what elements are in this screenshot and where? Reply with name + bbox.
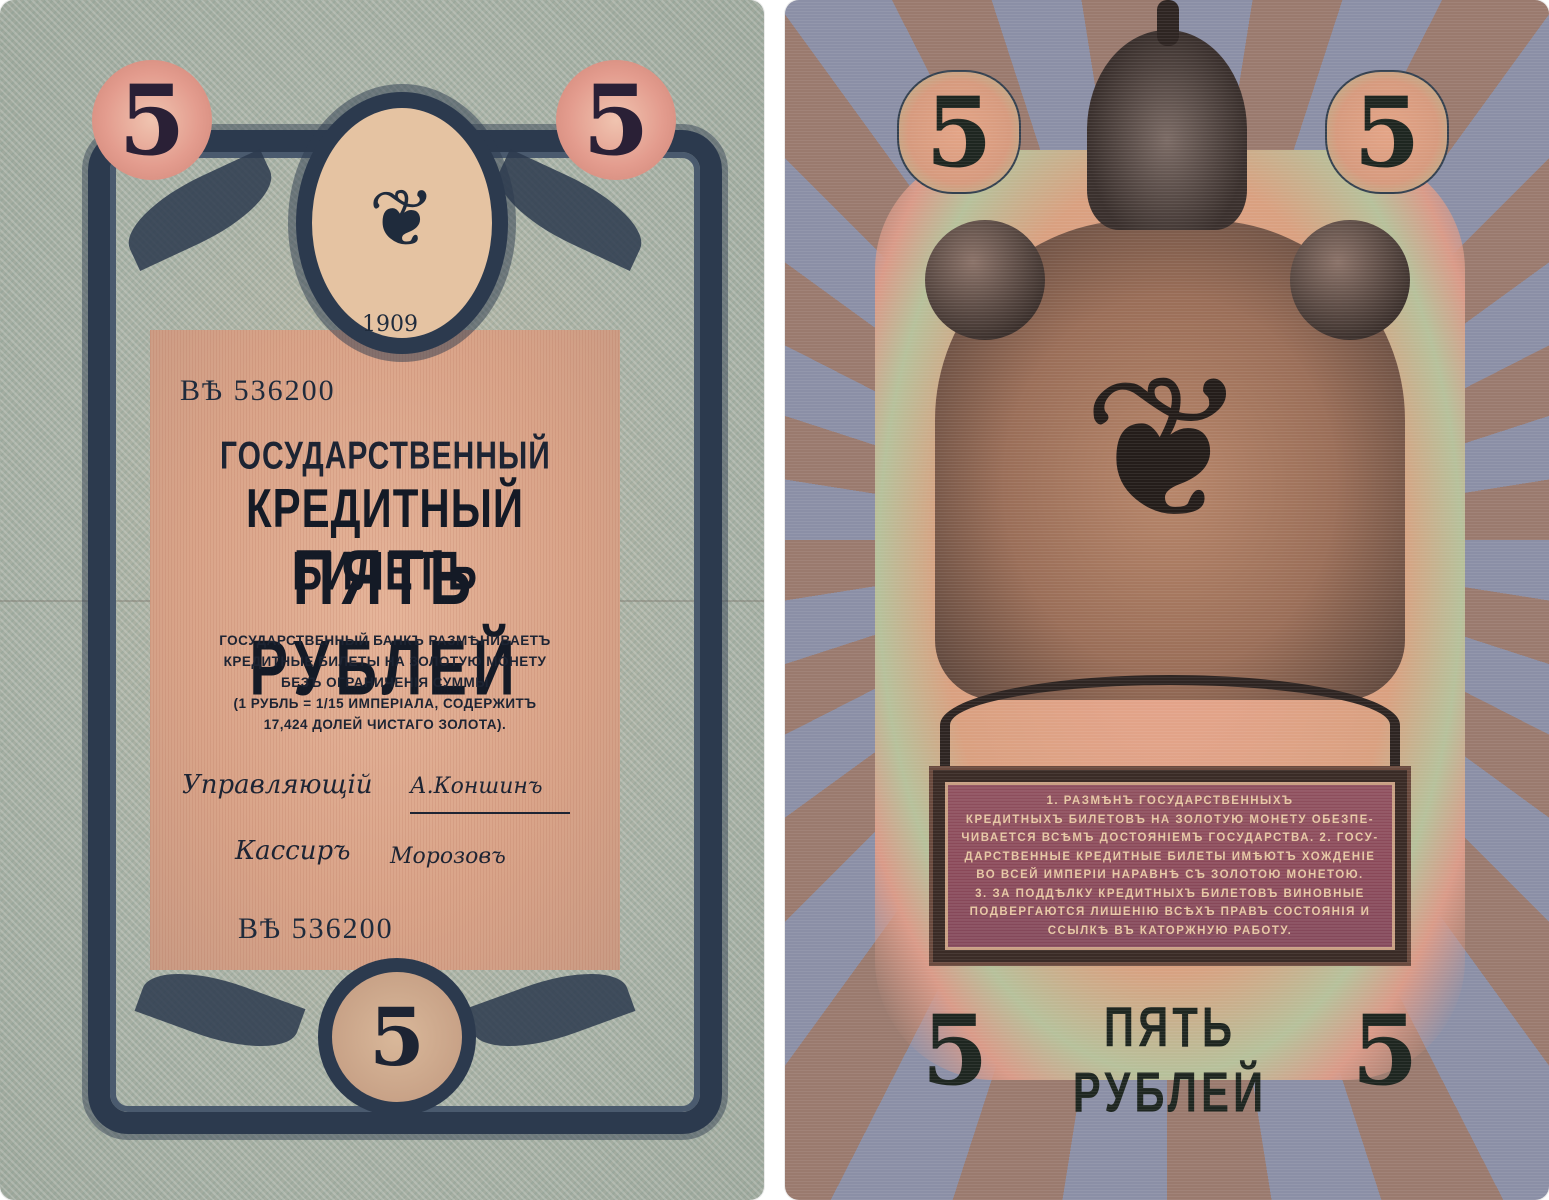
legal-line: 3. ЗА ПОДДѢЛКУ КРЕДИТНЫХЪ БИЛЕТОВЪ ВИНОВ… xyxy=(957,885,1383,904)
double-headed-eagle-icon: ❦ xyxy=(1015,320,1315,580)
terms-line: (1 РУБЛЬ = 1/15 ИМПЕРІАЛА, СОДЕРЖИТЪ xyxy=(195,693,575,714)
signature-line xyxy=(410,812,570,814)
legal-line: ВО ВСЕЙ ИМПЕРІИ НАРАВНѢ СЪ ЗОЛОТОЮ МОНЕТ… xyxy=(957,866,1383,885)
terms-line: ГОСУДАРСТВЕННЫЙ БАНКЪ РАЗМѢНИВАЕТЪ xyxy=(195,630,575,651)
legal-line: 1. РАЗМѢНЪ ГОСУДАРСТВЕННЫХЪ xyxy=(957,792,1383,811)
title-state: ГОСУДАРСТВЕННЫЙ xyxy=(220,435,550,479)
denomination-text: ПЯТЬ РУБЛЕЙ xyxy=(1005,995,1335,1125)
ornamental-scroll xyxy=(940,675,1400,775)
banknote-back: 5 5 ❦ 1. РАЗМѢНЪ ГОСУДАРСТВЕННЫХЪ КРЕДИТ… xyxy=(785,0,1549,1200)
legal-text: 1. РАЗМѢНЪ ГОСУДАРСТВЕННЫХЪ КРЕДИТНЫХЪ Б… xyxy=(957,792,1383,940)
terms-line: КРЕДИТНЫЕ БИЛЕТЫ НА ЗОЛОТУЮ МОНЕТУ xyxy=(195,651,575,672)
corner-denomination: 5 xyxy=(92,60,212,180)
serial-number-bottom: ВѢ 536200 xyxy=(238,912,394,946)
cashier-signature: Морозовъ xyxy=(390,844,506,869)
cashier-label: Кассиръ xyxy=(235,836,350,866)
banknote-front: 5 5 ❦ 1909 ВѢ 536200 ГОСУДАРСТВЕННЫЙ КРЕ… xyxy=(0,0,764,1200)
manager-signature: А.Коншинъ xyxy=(410,774,543,799)
terms-line: 17,424 ДОЛЕЙ ЧИСТАГО ЗОЛОТА). xyxy=(195,714,575,735)
serial-number-top: ВѢ 536200 xyxy=(180,374,336,408)
imperial-crown-icon xyxy=(1087,30,1247,230)
legal-line: ДАРСТВЕННЫЕ КРЕДИТНЫЕ БИЛЕТЫ ИМѢЮТЪ ХОЖД… xyxy=(957,848,1383,867)
bottom-denomination: 5 xyxy=(1325,990,1445,1110)
legal-line: ПОДВЕРГАЮТСЯ ЛИШЕНІЮ ВСѢХЪ ПРАВЪ СОСТОЯН… xyxy=(957,903,1383,922)
corner-denomination: 5 xyxy=(1325,70,1449,194)
manager-label: Управляющій xyxy=(182,770,373,800)
corner-denomination: 5 xyxy=(897,70,1021,194)
bottom-denomination: 5 xyxy=(318,958,476,1116)
corner-denomination: 5 xyxy=(556,60,676,180)
legal-text-cartouche: 1. РАЗМѢНЪ ГОСУДАРСТВЕННЫХЪ КРЕДИТНЫХЪ Б… xyxy=(933,770,1407,962)
crown-cross-icon xyxy=(1157,0,1179,46)
issue-year: 1909 xyxy=(340,312,440,337)
legal-line: ЧИВАЕТСЯ ВСѢМЪ ДОСТОЯНІЕМЪ ГОСУДАРСТВА. … xyxy=(957,829,1383,848)
legal-line: ССЫЛКѢ ВЪ КАТОРЖНУЮ РАБОТУ. xyxy=(957,922,1383,941)
exchange-terms: ГОСУДАРСТВЕННЫЙ БАНКЪ РАЗМѢНИВАЕТЪ КРЕДИ… xyxy=(195,630,575,735)
double-headed-eagle-icon: ❦ xyxy=(368,179,435,259)
legal-line: КРЕДИТНЫХЪ БИЛЕТОВЪ НА ЗОЛОТУЮ МОНЕТУ ОБ… xyxy=(957,811,1383,830)
terms-line: БЕЗЪ ОГРАНИЧЕНІЯ СУММЫ xyxy=(195,672,575,693)
bottom-denomination: 5 xyxy=(895,990,1015,1110)
